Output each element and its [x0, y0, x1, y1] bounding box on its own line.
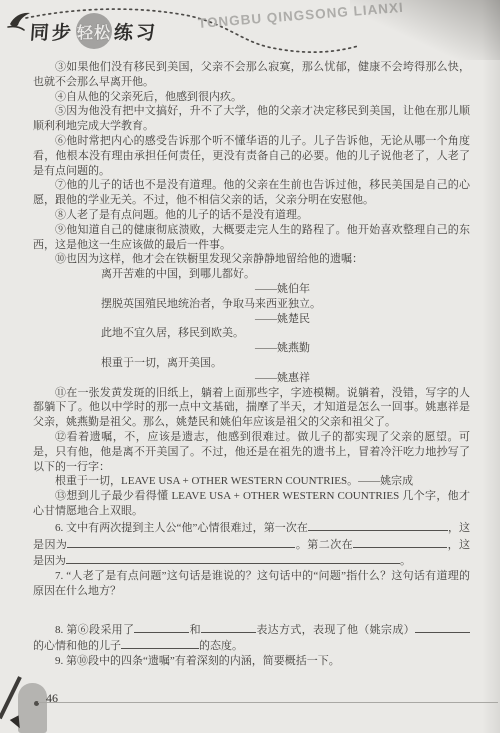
answer-space: [33, 599, 470, 621]
paragraph-3: ③如果他们没有移民到美国，父亲不会那么寂寞，那么忧郁，健康不会垮得那么快，也就不…: [33, 60, 470, 90]
will-author-3: ——姚燕勤: [33, 341, 470, 356]
page-number: 46: [46, 691, 58, 706]
will-author-4: ——姚惠祥: [33, 371, 470, 386]
will-text: 摆脱英国殖民地统治者，争取马来西亚独立。: [101, 298, 321, 310]
paragraph-text: 他知道自己的健康彻底溃败，大概要走完人生的路程了。他开始喜欢整理自己的东西，这是…: [33, 224, 470, 251]
will-quote-2: 摆脱英国殖民地统治者，争取马来西亚独立。: [33, 297, 470, 312]
question-text: 。第二次在: [295, 539, 353, 551]
paragraph-13: ⑬想到儿子最少看得懂 LEAVE USA + OTHER WESTERN COU…: [33, 489, 470, 519]
question-6: 6. 文中有两次提到主人公“他”心情很难过，第一次在，这是因为。第二次在，这是因…: [33, 519, 470, 569]
paragraph-text: 看着遗嘱，不，应该是遗志，他感到很难过。做儿子的都实现了父亲的愿望。可是，只有他…: [33, 431, 470, 473]
answer-blank: [353, 536, 447, 548]
scan-shadow-right-edge: [482, 0, 500, 733]
paragraph-text: 人老了是有点问题。他的儿子的话不是没有道理。: [66, 209, 308, 221]
paragraph-7: ⑦他的儿子的话也不是没有道理。他的父亲在生前也告诉过他，移民美国是自己的心愿，跟…: [33, 178, 470, 208]
question-text: 6. 文中有两次提到主人公“他”心情很难过，第一次在: [55, 522, 308, 534]
paragraph-number: ⑬: [55, 490, 66, 502]
answer-blank: [308, 519, 448, 531]
paragraph-number: ③: [55, 61, 66, 73]
copied-will-line: 根重于一切，LEAVE USA + OTHER WESTERN COUNTRIE…: [33, 474, 470, 489]
answer-blank: [67, 536, 295, 548]
series-pinyin-title: TONGBU QINGSONG LIANXI: [197, 0, 404, 31]
will-author: ——姚楚民: [255, 313, 310, 325]
logo-text-left: 同步: [29, 18, 75, 45]
paragraph-5: ⑤因为他没有把中文搞好，升不了大学，他的父亲才决定移民到美国，让他在那儿顺顺利利…: [33, 104, 470, 134]
will-author: ——姚伯年: [255, 283, 310, 295]
logo-circle: 轻松: [76, 13, 112, 49]
workbook-page: { "header": { "logo": { "part1": "同步", "…: [0, 0, 500, 733]
logo-text-right: 练习: [113, 18, 159, 45]
paragraph-9: ⑨他知道自己的健康彻底溃败，大概要走完人生的路程了。他开始喜欢整理自己的东西，这…: [33, 223, 470, 253]
paragraph-text: 如果他们没有移民到美国，父亲不会那么寂寞，那么忧郁，健康不会垮得那么快，也就不会…: [33, 61, 470, 88]
paragraph-number: ⑧: [55, 209, 66, 221]
reading-passage: ③如果他们没有移民到美国，父亲不会那么寂寞，那么忧郁，健康不会垮得那么快，也就不…: [33, 60, 470, 669]
series-logo: 同步 轻松 练习: [30, 13, 158, 49]
answer-blank: [121, 637, 199, 649]
will-author-1: ——姚伯年: [33, 282, 470, 297]
paragraph-6: ⑥他时常把内心的感受告诉那个听不懂华语的儿子。儿子告诉他，无论从哪一个角度看，他…: [33, 134, 470, 178]
paragraph-4: ④自从他的父亲死后，他感到很内疚。: [33, 90, 470, 105]
pen-graphic: [12, 681, 58, 733]
paragraph-number: ⑨: [55, 224, 66, 236]
paragraph-8: ⑧人老了是有点问题。他的儿子的话不是没有道理。: [33, 208, 470, 223]
paragraph-number: ④: [55, 91, 66, 103]
will-quote-4: 根重于一切，离开美国。: [33, 356, 470, 371]
question-text: 的心情和他的儿子: [33, 640, 121, 652]
will-text: 离开苦难的中国，到哪儿都好。: [101, 268, 255, 280]
bird-icon: [10, 13, 30, 27]
will-author-2: ——姚楚民: [33, 312, 470, 327]
paragraph-text: 想到儿子最少看得懂 LEAVE USA + OTHER WESTERN COUN…: [33, 490, 470, 517]
answer-blank: [201, 621, 256, 633]
question-8: 8. 第⑥段采用了和表达方式，表现了他（姚宗成）的心情和他的儿子的态度。: [33, 621, 470, 655]
paragraph-number: ⑫: [55, 431, 67, 443]
will-quote-1: 离开苦难的中国，到哪儿都好。: [33, 267, 470, 282]
question-7: 7. “人老了是有点问题”这句话是谁说的？这句话中的“问题”指什么？这句话有道理…: [33, 569, 470, 599]
paragraph-number: ⑥: [55, 135, 66, 147]
paragraph-text: 自从他的父亲死后，他感到很内疚。: [66, 91, 242, 103]
logo-circle-text: 轻松: [77, 20, 111, 43]
paragraph-text: 在一张发黄发斑的旧纸上，躺着上面那些字，字迹模糊。说躺着，没错，写字的人都躺下了…: [33, 387, 470, 429]
question-text: 的态度。: [199, 640, 243, 652]
paragraph-number: ⑦: [55, 179, 66, 191]
will-author: ——姚燕勤: [255, 342, 310, 354]
footer-rule: [38, 702, 498, 703]
question-text: 和: [189, 624, 201, 636]
paragraph-11: ⑪在一张发黄发斑的旧纸上，躺着上面那些字，字迹模糊。说躺着，没错，写字的人都躺下…: [33, 386, 470, 430]
will-quote-3: 此地不宜久居，移民到欧美。: [33, 326, 470, 341]
will-author: ——姚惠祥: [255, 372, 310, 384]
answer-blank: [66, 552, 400, 564]
question-text: 。: [400, 555, 411, 567]
will-text: 此地不宜久居，移民到欧美。: [101, 327, 244, 339]
paragraph-text: 他的儿子的话也不是没有道理。他的父亲在生前也告诉过他，移民美国是自己的心愿，跟他…: [33, 179, 470, 206]
paragraph-number: ⑩: [55, 253, 66, 265]
paragraph-12: ⑫看着遗嘱，不，应该是遗志，他感到很难过。做儿子的都实现了父亲的愿望。可是，只有…: [33, 430, 470, 474]
question-9: 9. 第⑩段中的四条“遗嘱”有着深刻的内涵，简要概括一下。: [33, 654, 470, 669]
question-text: 表达方式，表现了他（姚宗成）: [256, 624, 415, 636]
paragraph-10: ⑩也因为这样，他才会在铁橱里发现父亲静静地留给他的遗嘱：: [33, 252, 470, 267]
answer-blank: [415, 621, 470, 633]
paragraph-number: ⑤: [55, 105, 66, 117]
answer-blank: [134, 621, 189, 633]
paragraph-text: 他时常把内心的感受告诉那个听不懂华语的儿子。儿子告诉他，无论从哪一个角度看，他根…: [33, 135, 470, 177]
paragraph-text: 也因为这样，他才会在铁橱里发现父亲静静地留给他的遗嘱：: [66, 253, 363, 265]
question-text: 8. 第⑥段采用了: [55, 624, 134, 636]
will-text: 根重于一切，离开美国。: [101, 357, 222, 369]
paragraph-number: ⑪: [55, 387, 66, 399]
page-header: 同步 轻松 练习 TONGBU QINGSONG LIANXI: [0, 0, 500, 58]
paragraph-text: 因为他没有把中文搞好，升不了大学，他的父亲才决定移民到美国，让他在那儿顺顺利利地…: [33, 105, 470, 132]
